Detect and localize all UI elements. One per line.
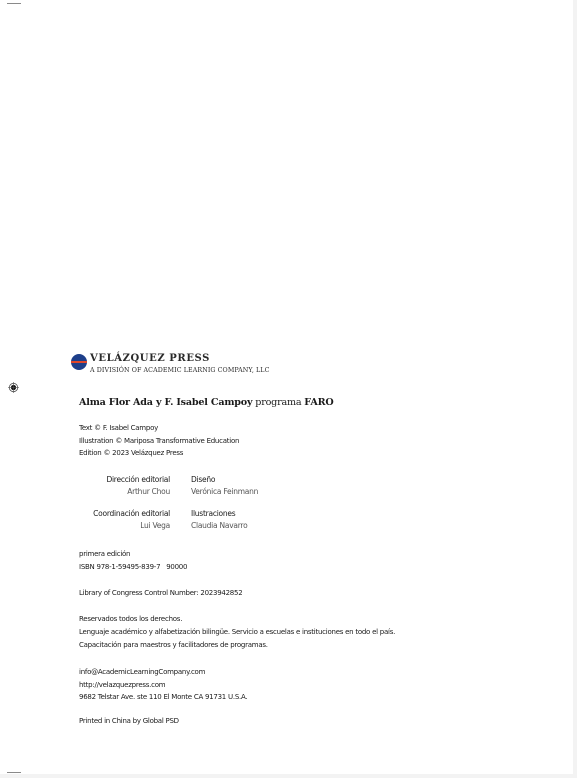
rights-training: Capacitación para maestros y facilitador… bbox=[79, 639, 268, 652]
book-title: Alma Flor Ada y F. Isabel Campoy program… bbox=[79, 397, 334, 408]
credit-row: Dirección editorial Arthur Chou Diseño V… bbox=[79, 474, 258, 497]
contact-website: http://velazquezpress.com bbox=[79, 679, 165, 692]
globe-icon bbox=[71, 354, 87, 370]
credit-name: Verónica Feinmann bbox=[191, 486, 258, 498]
credit-name: Claudia Navarro bbox=[191, 520, 247, 532]
edition-label: primera edición bbox=[79, 548, 130, 561]
rights-services: Lenguaje académico y alfabetización bili… bbox=[79, 626, 395, 639]
title-program: FARO bbox=[304, 397, 333, 408]
publisher-name: VELÁZQUEZ PRESS bbox=[90, 353, 270, 365]
isbn: ISBN 978-1-59495-839-7 90000 bbox=[79, 561, 187, 574]
credit-role: Coordinación editorial bbox=[79, 508, 170, 520]
copyright-illustration: Illustration © Mariposa Transformative E… bbox=[79, 435, 239, 448]
title-authors: Alma Flor Ada y F. Isabel Campoy bbox=[79, 397, 252, 408]
copyright-text: Text © F. Isabel Campoy bbox=[79, 422, 158, 435]
publisher-division: A DIVISIÓN OF ACADEMIC LEARNIG COMPANY, … bbox=[90, 367, 270, 375]
contact-address: 9682 Telstar Ave. ste 110 El Monte CA 91… bbox=[79, 691, 247, 704]
contact-email: info@AcademicLearningCompany.com bbox=[79, 666, 205, 679]
loc-number: Library of Congress Control Number: 2023… bbox=[79, 587, 242, 600]
copyright-page: VELÁZQUEZ PRESS A DIVISIÓN OF ACADEMIC L… bbox=[0, 0, 573, 774]
title-middle: programa bbox=[255, 397, 301, 408]
publisher-logo: VELÁZQUEZ PRESS A DIVISIÓN OF ACADEMIC L… bbox=[71, 353, 270, 375]
crop-mark-top bbox=[7, 3, 21, 4]
registration-mark-icon bbox=[8, 382, 19, 393]
credit-name: Arthur Chou bbox=[79, 486, 170, 498]
printed-in: Printed in China by Global PSD bbox=[79, 715, 179, 728]
credit-row: Coordinación editorial Lui Vega Ilustrac… bbox=[79, 508, 247, 531]
credit-role: Dirección editorial bbox=[79, 474, 170, 486]
rights-reserved: Reservados todos los derechos. bbox=[79, 613, 182, 626]
credit-name: Lui Vega bbox=[79, 520, 170, 532]
crop-mark-bottom bbox=[7, 772, 21, 773]
copyright-edition: Edition © 2023 Velázquez Press bbox=[79, 447, 183, 460]
credit-role: Diseño bbox=[191, 474, 258, 486]
credit-role: Ilustraciones bbox=[191, 508, 247, 520]
